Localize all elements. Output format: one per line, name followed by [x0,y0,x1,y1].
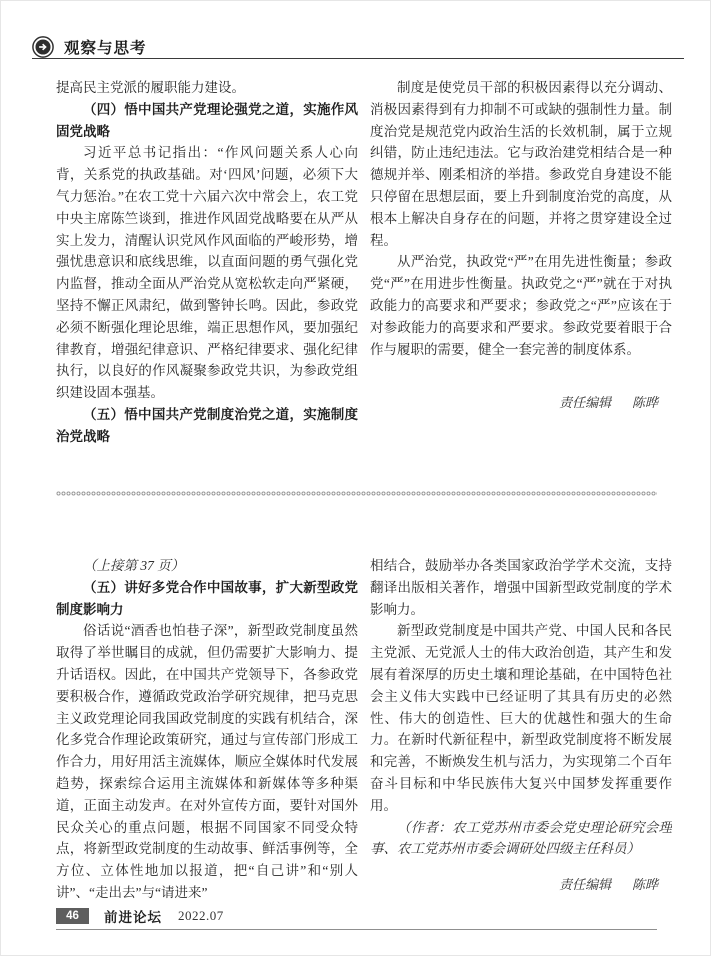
new-system-paragraph: 新型政党制度是中国共产党、中国人民和各民主党派、无党派人士的伟大政治创造，其产生… [370,620,672,816]
editor-name: 陈晔 [632,395,658,410]
article1-section: 提高民主党派的履职能力建设。 （四）悟中国共产党理论强党之道，实施作风固党战略 … [56,77,672,459]
article2-right-column: 相结合，鼓励举办各类国家政治学学术交流，支持翻译出版相关著作，增强中国新型政党制… [370,555,672,907]
arrow-circle-icon [32,36,54,58]
journal-page: 观察与思考 提高民主党派的履职能力建设。 （四）悟中国共产党理论强党之道，实施作… [0,0,711,956]
page-number-badge: 46 [56,908,89,924]
author-note: （作者：农工党苏州市委会党史理论研究会理事、农工党苏州市委会调研处四级主任科员） [370,817,672,861]
article2-heading-five: （五）讲好多党合作中国故事，扩大新型政党制度影响力 [56,577,358,621]
article2-left-column: （上接第 37 页） （五）讲好多党合作中国故事，扩大新型政党制度影响力 俗话说… [56,555,358,907]
editor-label: 责任编辑 [559,877,611,892]
journal-name: 前进论坛 [104,906,162,926]
article1-left-column: 提高民主党派的履职能力建设。 （四）悟中国共产党理论强党之道，实施作风固党战略 … [56,77,358,459]
article1-editor-line: 责任编辑陈晔 [370,392,672,414]
continuation-paragraph: 提高民主党派的履职能力建设。 [56,77,358,99]
workstyle-paragraph: 习近平总书记指出：“作风问题关系人心向背，关系党的执政基础。对‘四风’问题，必须… [56,142,358,404]
page-header: 观察与思考 [32,35,682,59]
system-paragraph-1: 制度是使党员干部的积极因素得以充分调动、消极因素得到有力抑制不可或缺的强制性力量… [370,77,672,251]
article1-heading-five: （五）悟中国共产党制度治党之道，实施制度治党战略 [56,404,358,448]
article2-section: （上接第 37 页） （五）讲好多党合作中国故事，扩大新型政党制度影响力 俗话说… [56,555,672,907]
article1-heading-four: （四）悟中国共产党理论强党之道，实施作风固党战略 [56,99,358,143]
editor-label: 责任编辑 [559,395,611,410]
article-separator [56,491,657,496]
continued-from-note: （上接第 37 页） [56,555,358,577]
story-paragraph-left: 俗话说“酒香也怕巷子深”，新型政党制度虽然取得了举世瞩目的成就，但仍需要扩大影响… [56,620,358,903]
editor-name: 陈晔 [632,877,658,892]
footer-rule [56,929,657,930]
article1-right-column: 制度是使党员干部的积极因素得以充分调动、消极因素得到有力抑制不可或缺的强制性力量… [370,77,672,459]
page-footer: 46 前进论坛 2022.07 [56,907,224,924]
header-rule [32,58,684,59]
story-paragraph-right: 相结合，鼓励举办各类国家政治学学术交流，支持翻译出版相关著作，增强中国新型政党制… [370,555,672,620]
article2-editor-line: 责任编辑陈晔 [370,874,672,896]
system-paragraph-2: 从严治党，执政党“严”在用先进性衡量；参政党“严”在用进步性衡量。执政党之“严”… [370,251,672,360]
issue-date: 2022.07 [178,908,224,924]
section-title: 观察与思考 [64,36,147,58]
